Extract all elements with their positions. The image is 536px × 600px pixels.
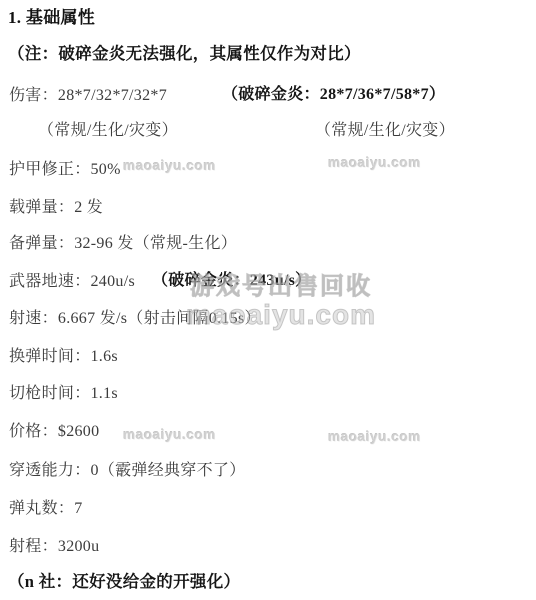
damage-modes-left: （常规/生化/灾变）	[38, 121, 178, 141]
damage-base-value: 伤害：28*7/32*7/32*7	[9, 86, 167, 106]
watermark-site-armor-right: maoaiyu.com	[328, 155, 421, 170]
range-value: 射程：3200u	[9, 537, 99, 557]
pellet-count-value: 弹丸数：7	[9, 499, 83, 519]
damage-modes-right: （常规/生化/灾变）	[315, 121, 455, 141]
armor-modifier-value: 护甲修正：50%	[9, 160, 121, 180]
penetration-value: 穿透能力：0（霰弹经典穿不了）	[9, 461, 246, 481]
damage-gold-value: （破碎金炎：28*7/36*7/58*7）	[222, 85, 445, 105]
watermark-site-armor-left: maoaiyu.com	[123, 158, 216, 173]
ground-speed-base-value: 武器地速：240u/s	[9, 272, 135, 292]
watermark-site-price-left: maoaiyu.com	[123, 427, 216, 442]
section-heading: 1. 基础属性	[8, 8, 95, 28]
watermark-site-price-right: maoaiyu.com	[328, 429, 421, 444]
switch-time-value: 切枪时间：1.1s	[9, 384, 118, 404]
clip-size-value: 载弹量：2 发	[9, 198, 103, 218]
note-line: （注：破碎金炎无法强化，其属性仅作为对比）	[8, 44, 361, 64]
reserve-ammo-value: 备弹量：32-96 发（常规-生化）	[9, 234, 237, 254]
price-value: 价格：$2600	[9, 422, 99, 442]
fire-rate-value: 射速：6.667 发/s（射击间隔0.15s）	[9, 309, 261, 329]
footer-note: （n 社：还好没给金的开强化）	[8, 572, 240, 592]
reload-time-value: 换弹时间：1.6s	[9, 347, 118, 367]
ground-speed-gold-value: （破碎金炎：243u/s）	[152, 271, 311, 291]
document-page: 1. 基础属性 （注：破碎金炎无法强化，其属性仅作为对比） 伤害：28*7/32…	[0, 0, 536, 600]
